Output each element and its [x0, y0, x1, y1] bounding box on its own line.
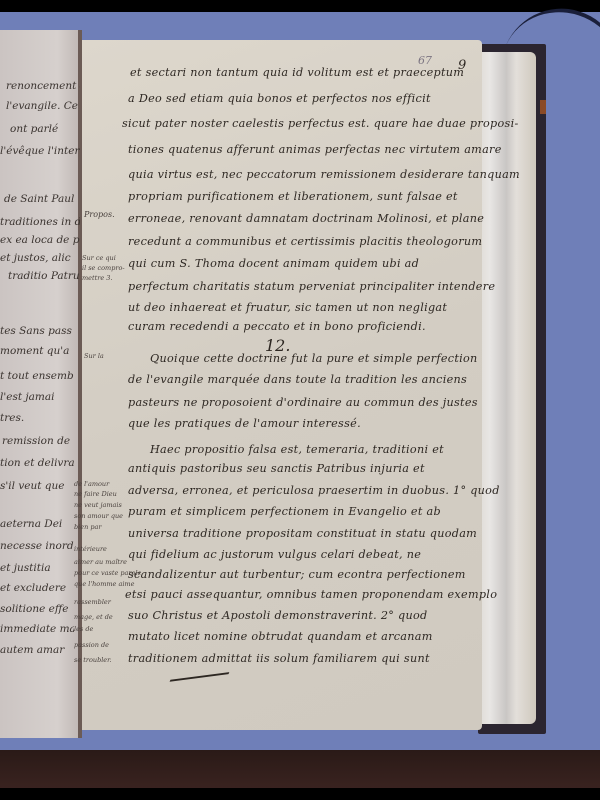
margin-note: ne veut jamais	[74, 501, 122, 509]
text-line: adversa, erronea, et periculosa praesert…	[128, 484, 500, 497]
margin-note: se troubler.	[74, 656, 112, 664]
text-line: qui fidelium ac justorum vulgus celari d…	[128, 548, 421, 561]
text-line: pasteurs ne proposoient d'ordinaire au c…	[128, 396, 478, 409]
text-line: aeterna Dei	[0, 518, 74, 530]
text-line: propriam purificationem et liberationem,…	[128, 190, 458, 203]
text-line: remission de	[2, 435, 80, 447]
margin-note: aimer au maître	[74, 558, 127, 566]
text-line: et justos, alic	[0, 252, 80, 264]
text-line: moment qu'a	[0, 345, 80, 357]
text-line: ut deo inhaereat et fruatur, sic tamen u…	[128, 301, 447, 314]
text-line: tes Sans pass	[0, 325, 80, 337]
margin-note: son amour que	[74, 512, 123, 520]
shelf	[0, 750, 600, 790]
text-line: Quoique cette doctrine fut la pure et si…	[150, 352, 478, 365]
text-line: qui cum S. Thoma docent animam quidem ub…	[128, 257, 419, 270]
text-line: solitione effe	[0, 603, 74, 615]
text-line: ont parlé	[10, 123, 80, 135]
text-line: tres.	[0, 412, 80, 424]
text-line: et excludere	[0, 582, 74, 594]
text-line: de Saint Paul	[4, 193, 80, 205]
text-line: a Deo sed etiam quia bonos et perfectos …	[128, 92, 431, 105]
margin-note: Propos.	[84, 210, 115, 219]
text-line: tiones quatenus afferunt animas perfecta…	[128, 143, 502, 156]
text-line: et sectari non tantum quia id volitum es…	[130, 66, 464, 79]
margin-note: il se compro-	[82, 264, 125, 272]
text-line: universa traditione propositam constitua…	[128, 527, 477, 540]
text-line: antiquis pastoribus seu sanctis Patribus…	[128, 462, 425, 475]
margin-note: Sur ce qui	[82, 254, 116, 262]
text-line: suo Christus et Apostoli demonstraverint…	[128, 609, 428, 622]
margin-note: les de	[74, 625, 93, 633]
text-line: scandalizentur aut turbentur; cum econtr…	[128, 568, 466, 581]
text-line: que les pratiques de l'amour interessé.	[128, 417, 361, 430]
text-line: tion et delivra	[0, 457, 80, 469]
text-line: Haec propositio falsa est, temeraria, tr…	[150, 443, 444, 456]
text-line: renoncement de	[6, 80, 80, 92]
text-line: necesse inordi	[0, 540, 74, 552]
text-line: recedunt a communibus et certissimis pla…	[128, 235, 482, 248]
text-line: et justitia	[0, 562, 74, 574]
margin-note: de l'amour	[74, 480, 109, 488]
text-line: puram et simplicem perfectionem in Evang…	[128, 505, 441, 518]
text-line: mutato licet nomine obtrudat quandam et …	[128, 630, 433, 643]
text-line: ex ea loca de p	[0, 234, 80, 246]
text-line: etsi pauci assequantur, omnibus tamen pr…	[125, 588, 497, 601]
text-line: immediate maxi	[0, 623, 74, 635]
text-line: s'il veut que	[0, 480, 74, 492]
text-line: perfectum charitatis statum perveniat pr…	[128, 280, 495, 293]
text-line: quia virtus est, nec peccatorum remissio…	[128, 168, 520, 181]
bottom-black-bar	[0, 788, 600, 800]
margin-note: intérieure	[74, 545, 107, 553]
margin-note: pour ce vaste parole	[74, 569, 141, 577]
margin-note: mettre 3.	[82, 274, 112, 282]
text-line: traditionem admittat iis solum familiare…	[128, 652, 430, 665]
top-black-bar	[0, 0, 600, 12]
text-line: traditiones in div	[0, 216, 80, 228]
margin-note: passion de	[74, 641, 109, 649]
margin-note: bien par	[74, 523, 101, 531]
margin-note: mage, et de	[74, 613, 113, 621]
text-line: l'évêque l'inter	[0, 145, 80, 157]
text-line: erroneae, renovant damnatam doctrinam Mo…	[128, 212, 484, 225]
margin-note: ne faire Dieu	[74, 490, 117, 498]
text-line: curam recedendi a peccato et in bono pro…	[128, 320, 426, 333]
text-line: l'evangile. Ce	[6, 100, 80, 112]
text-line: de l'evangile marquée dans toute la trad…	[128, 373, 467, 386]
cover-damage	[540, 100, 546, 114]
text-line: t tout ensemb	[0, 370, 80, 382]
text-line: traditio Patrum	[8, 270, 80, 282]
margin-note: Sur la	[84, 352, 104, 360]
text-line: autem amar	[0, 644, 74, 656]
margin-note: que l'homme aime	[74, 580, 134, 588]
margin-note: rassembler	[74, 598, 111, 606]
text-line: sicut pater noster caelestis perfectus e…	[122, 117, 519, 130]
text-line: l'est jamai	[0, 391, 80, 403]
